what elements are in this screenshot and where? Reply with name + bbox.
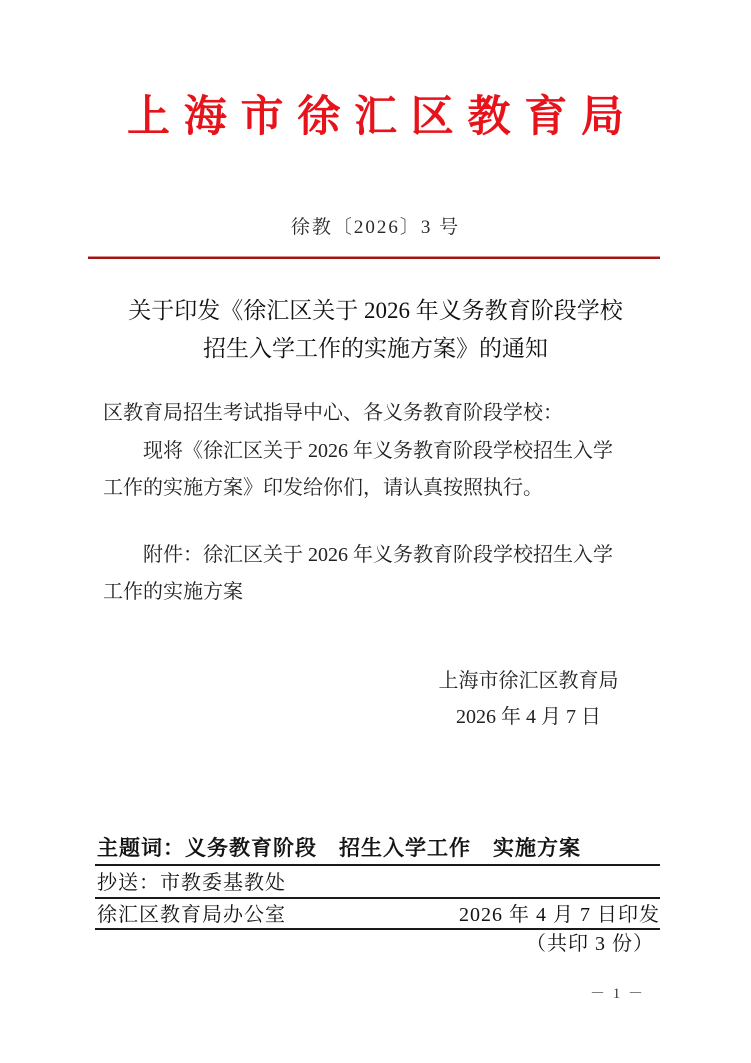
cc-row: 抄送：市教委基教处 [95,866,660,899]
red-header-org-title: 上海市徐汇区教育局 [0,92,751,144]
body-paragraph-line2: 工作的实施方案》印发给你们，请认真按照执行。 [103,470,655,508]
print-date: 2026 年 4 月 7 日印发 [459,903,660,928]
footer-reference-block: 主题词：义务教育阶段 招生入学工作 实施方案 抄送：市教委基教处 徐汇区教育局办… [95,836,660,957]
body-blank-line [103,508,655,537]
attachment-line1: 附件：徐汇区关于 2026 年义务教育阶段学校招生入学 [103,537,655,575]
signature-block: 上海市徐汇区教育局 2026 年 4 月 7 日 [436,663,621,735]
signature-date: 2026 年 4 月 7 日 [436,699,621,735]
document-page: 上海市徐汇区教育局 徐教〔2026〕3 号 关于印发《徐汇区关于 2026 年义… [0,0,751,1063]
red-divider-line [88,256,660,259]
document-body: 区教育局招生考试指导中心、各义务教育阶段学校： 现将《徐汇区关于 2026 年义… [103,395,655,612]
notice-title-line2: 招生入学工作的实施方案》的通知 [60,330,691,368]
attachment-line2: 工作的实施方案 [103,574,655,612]
document-number: 徐教〔2026〕3 号 [0,215,751,240]
body-paragraph-line1: 现将《徐汇区关于 2026 年义务教育阶段学校招生入学 [103,433,655,471]
print-copies-count: （共印 3 份） [95,932,660,957]
signature-org-name: 上海市徐汇区教育局 [436,663,621,699]
issuing-office-row: 徐汇区教育局办公室 2026 年 4 月 7 日印发 [95,899,660,930]
issuing-office-name: 徐汇区教育局办公室 [97,903,286,928]
notice-title: 关于印发《徐汇区关于 2026 年义务教育阶段学校 招生入学工作的实施方案》的通… [60,292,691,368]
body-salutation: 区教育局招生考试指导中心、各义务教育阶段学校： [103,395,655,433]
notice-title-line1: 关于印发《徐汇区关于 2026 年义务教育阶段学校 [60,292,691,330]
subject-words-row: 主题词：义务教育阶段 招生入学工作 实施方案 [95,836,660,866]
page-number: － 1 － [590,982,645,1003]
